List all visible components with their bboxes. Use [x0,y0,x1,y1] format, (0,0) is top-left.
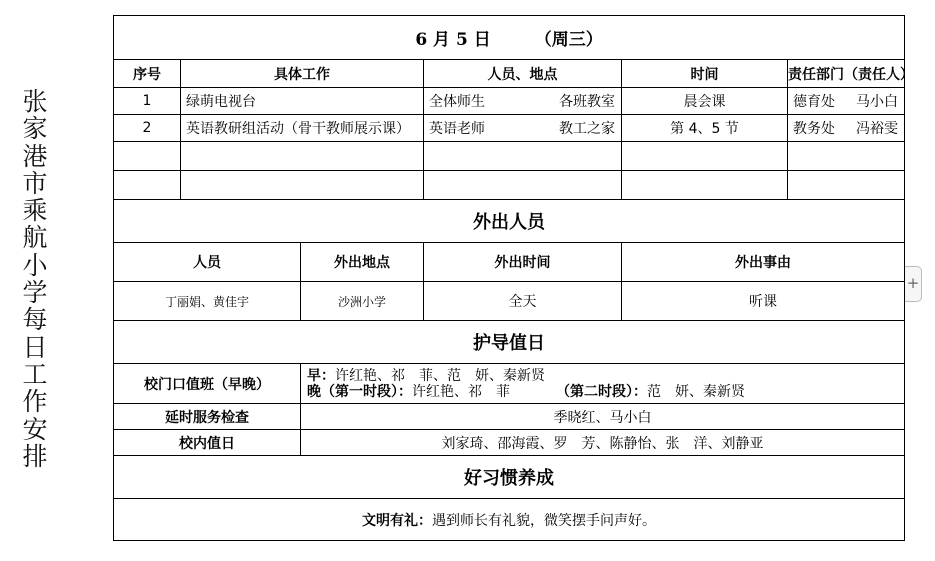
title-char: 张 [18,88,52,115]
empty-cell [622,142,788,171]
header-people: 人员 [114,243,301,282]
evening2-staff: 范 妍、秦新贤 [647,384,745,400]
empty-cell [181,142,424,171]
add-row-button[interactable]: + [905,266,922,302]
empty-cell [114,142,181,171]
row-time: 晨会课 [622,88,788,115]
outgoing-reason: 听课 [622,282,905,321]
outgoing-header: 人员 外出地点 外出时间 外出事由 [114,243,905,282]
empty-row [114,171,905,200]
header-people-place: 人员、地点 [424,60,622,88]
gate-duty-schedule: 早：许红艳、祁 菲、范 妍、秦新贤 晚（第一时段）：许红艳、祁 菲（第二时段）：… [301,364,905,404]
empty-cell [788,142,905,171]
morning-staff: 许红艳、祁 菲、范 妍、秦新贤 [335,368,545,384]
habit-label: 文明有礼： [362,513,432,529]
row-dept: 教务处冯裕雯 [788,115,905,142]
title-char: 日 [18,334,52,361]
after-school-label: 延时服务检查 [114,404,301,430]
people: 全体师生 [429,91,485,111]
date-text: 6 月 5 日 [415,30,490,50]
outgoing-place: 沙洲小学 [301,282,424,321]
title-char: 乘 [18,197,52,224]
title-char: 港 [18,143,52,170]
outgoing-section-title: 外出人员 [114,200,905,243]
outgoing-time: 全天 [424,282,622,321]
empty-cell [114,171,181,200]
row-dept: 德育处马小白 [788,88,905,115]
row-people-place: 全体师生各班教室 [424,88,622,115]
outgoing-people: 丁丽娟、黄佳宇 [114,282,301,321]
evening2-label: （第二时段）： [556,384,647,400]
header-time: 时间 [622,60,788,88]
title-char: 学 [18,279,52,306]
row-task: 英语教研组活动（骨干教师展示课） [181,115,424,142]
table-row: 1 绿萌电视台 全体师生各班教室 晨会课 德育处马小白 [114,88,905,115]
header-time: 外出时间 [424,243,622,282]
row-time: 第 4、5 节 [622,115,788,142]
vertical-document-title: 张 家 港 市 乘 航 小 学 每 日 工 作 安 排 [18,88,52,470]
header-dept: 责任部门（责任人） [788,60,905,88]
title-char: 安 [18,416,52,443]
title-char: 家 [18,115,52,142]
habit-row: 文明有礼：遇到师长有礼貌，微笑摆手问声好。 [114,499,905,541]
work-table-header: 序号 具体工作 人员、地点 时间 责任部门（责任人） [114,60,905,88]
duty-section-title: 护导值日 [114,321,905,364]
title-char: 工 [18,361,52,388]
place: 教工之家 [559,118,615,138]
after-school-row: 延时服务检查 季晓红、马小白 [114,404,905,430]
title-char: 小 [18,252,52,279]
date-header-row: 6 月 5 日（周三） [114,16,905,60]
empty-cell [424,142,622,171]
title-char: 每 [18,306,52,333]
empty-cell [788,171,905,200]
morning-label: 早： [307,368,335,384]
evening1-staff: 许红艳、祁 菲 [412,384,510,400]
title-char: 航 [18,224,52,251]
habit-content: 遇到师长有礼貌，微笑摆手问声好。 [432,513,656,529]
title-char: 作 [18,388,52,415]
empty-row [114,142,905,171]
gate-duty-label: 校门口值班（早晚） [114,364,301,404]
weekday-text: （周三） [535,30,603,50]
row-people-place: 英语老师教工之家 [424,115,622,142]
after-school-staff: 季晓红、马小白 [301,404,905,430]
campus-duty-row: 校内值日 刘家琦、邵海霞、罗 芳、陈静怡、张 洋、刘静亚 [114,430,905,456]
dept: 德育处 [793,91,835,111]
empty-cell [622,171,788,200]
row-no: 1 [114,88,181,115]
header-reason: 外出事由 [622,243,905,282]
daily-schedule-table: 6 月 5 日（周三） 序号 具体工作 人员、地点 时间 责任部门（责任人） 1… [113,15,905,541]
row-task: 绿萌电视台 [181,88,424,115]
title-char: 市 [18,170,52,197]
header-no: 序号 [114,60,181,88]
gate-duty-row: 校门口值班（早晚） 早：许红艳、祁 菲、范 妍、秦新贤 晚（第一时段）：许红艳、… [114,364,905,404]
people: 英语老师 [429,118,485,138]
habit-text: 文明有礼：遇到师长有礼貌，微笑摆手问声好。 [114,499,905,541]
table-row: 2 英语教研组活动（骨干教师展示课） 英语老师教工之家 第 4、5 节 教务处冯… [114,115,905,142]
empty-cell [424,171,622,200]
person: 马小白 [856,91,898,111]
person: 冯裕雯 [856,118,898,138]
row-no: 2 [114,115,181,142]
place: 各班教室 [559,91,615,111]
campus-duty-staff: 刘家琦、邵海霞、罗 芳、陈静怡、张 洋、刘静亚 [301,430,905,456]
habit-section-title: 好习惯养成 [114,456,905,499]
dept: 教务处 [793,118,835,138]
campus-duty-label: 校内值日 [114,430,301,456]
plus-icon: + [907,274,920,292]
outgoing-row: 丁丽娟、黄佳宇 沙洲小学 全天 听课 [114,282,905,321]
empty-cell [181,171,424,200]
title-char: 排 [18,443,52,470]
header-place: 外出地点 [301,243,424,282]
header-task: 具体工作 [181,60,424,88]
evening1-label: 晚（第一时段）： [307,384,412,400]
